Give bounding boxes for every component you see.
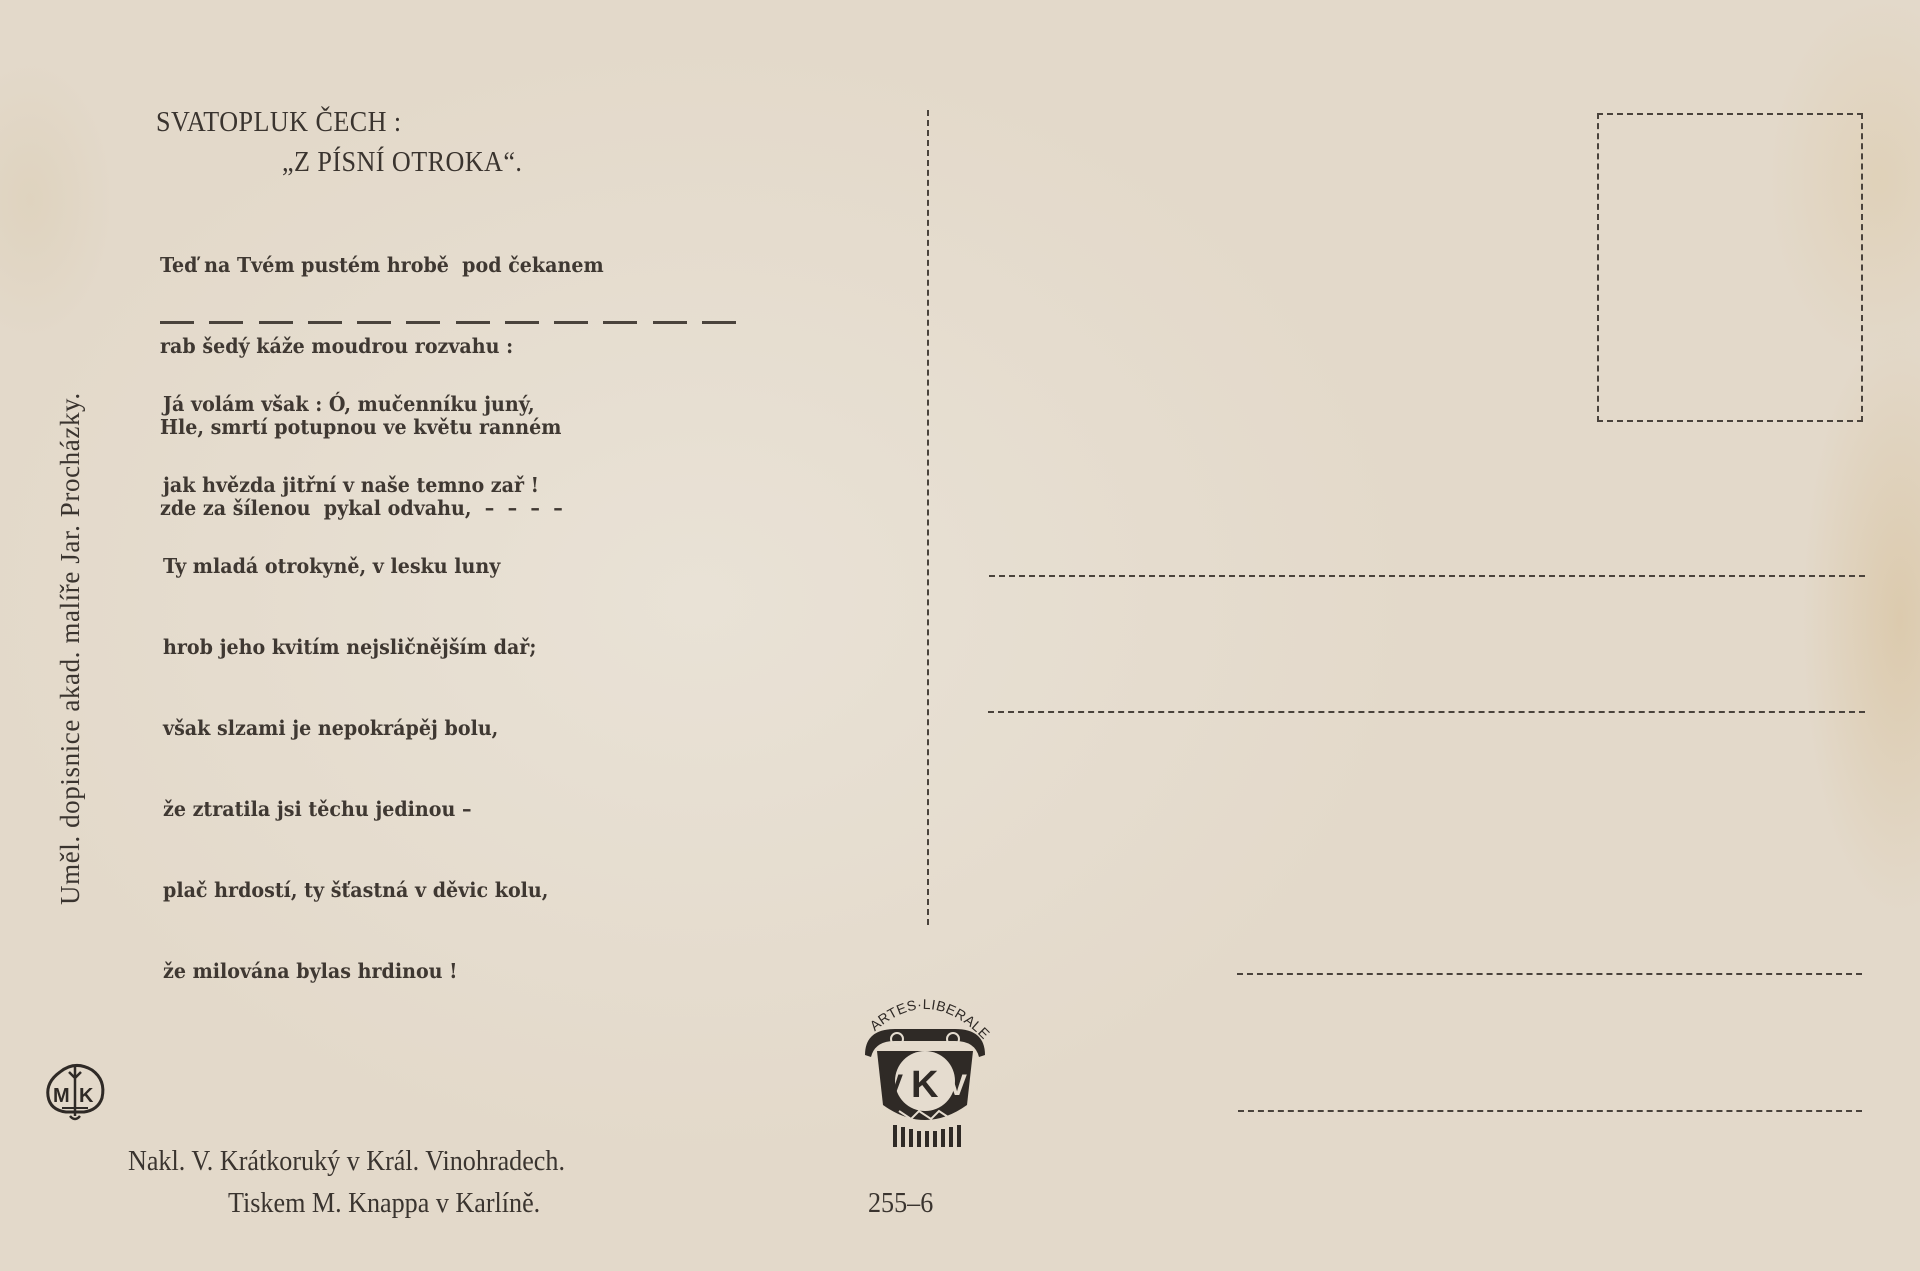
printer-line: Tiskem M. Knappa v Karlíně. xyxy=(228,1187,540,1220)
publisher-line: Nakl. V. Krátkoruký v Král. Vinohradech. xyxy=(128,1145,565,1178)
dash xyxy=(406,321,440,324)
mk-monogram-logo-icon: M K xyxy=(40,1058,110,1124)
postcard-back: SVATOPLUK ČECH : „Z PÍSNÍ OTROKA“. Teď n… xyxy=(0,0,1920,1271)
dash xyxy=(505,321,539,324)
dash xyxy=(308,321,342,324)
poem-line: Teď na Tvém pustém hrobě pod čekanem xyxy=(160,252,604,279)
dash xyxy=(209,321,243,324)
dash xyxy=(456,321,490,324)
catalog-number: 255–6 xyxy=(868,1187,933,1220)
svg-text:V: V xyxy=(883,1069,903,1102)
svg-text:M: M xyxy=(53,1085,70,1107)
dash xyxy=(160,321,194,324)
poem-line: hrob jeho kvitím nejsličnějším dař; xyxy=(163,634,548,661)
poem-title-heading: „Z PÍSNÍ OTROKA“. xyxy=(282,146,522,179)
dash xyxy=(554,321,588,324)
artist-credit-vertical: Uměl. dopisnice akad. malíře Jar. Prochá… xyxy=(55,392,86,905)
svg-text:K: K xyxy=(79,1085,94,1107)
poem-line: Já volám však : Ó, mučenníku juný, xyxy=(163,391,548,418)
dash xyxy=(603,321,637,324)
address-line-3 xyxy=(1237,973,1862,975)
svg-text:K: K xyxy=(911,1064,939,1106)
stamp-box xyxy=(1597,113,1863,422)
omission-dash-row xyxy=(160,316,736,328)
dash xyxy=(653,321,687,324)
artes-liberales-emblem-icon: ARTES·LIBERALES V K V xyxy=(855,985,995,1155)
poem-line: že ztratila jsi těchu jedinou – xyxy=(163,796,548,823)
poem-line: plač hrdostí, ty šťastná v děvic kolu, xyxy=(163,877,548,904)
poem-line: Ty mladá otrokyně, v lesku luny xyxy=(163,553,548,580)
poem-line: jak hvězda jitřní v naše temno zař ! xyxy=(163,472,548,499)
address-line-1 xyxy=(989,575,1865,577)
poem-line: že milována bylas hrdinou ! xyxy=(163,958,548,985)
dash xyxy=(702,321,736,324)
svg-text:V: V xyxy=(947,1069,967,1102)
message-address-divider xyxy=(927,110,929,925)
address-line-2 xyxy=(988,711,1865,713)
poem-stanza-2: Já volám však : Ó, mučenníku juný, jak h… xyxy=(163,337,577,1039)
dash xyxy=(259,321,293,324)
dash xyxy=(357,321,391,324)
poem-author-heading: SVATOPLUK ČECH : xyxy=(156,106,402,139)
address-line-4 xyxy=(1238,1110,1862,1112)
poem-line: však slzami je nepokrápěj bolu, xyxy=(163,715,548,742)
